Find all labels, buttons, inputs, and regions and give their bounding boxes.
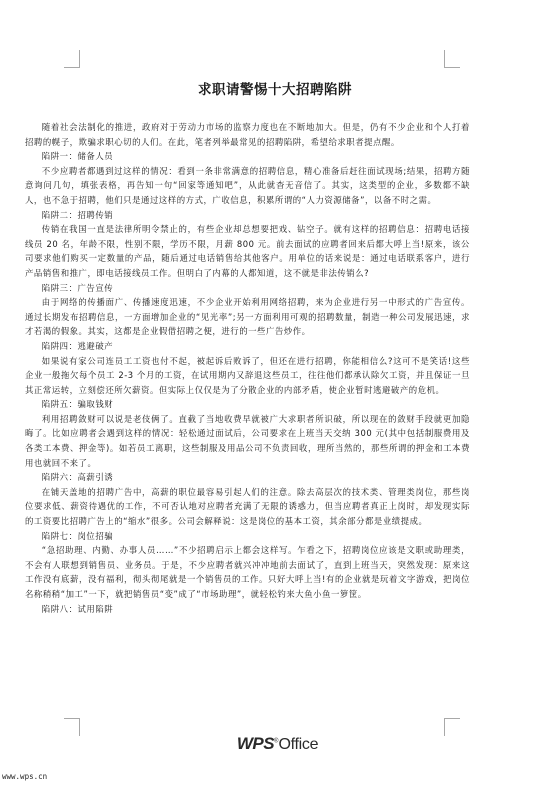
trap-7-heading: 陷阱七：岗位招骗 bbox=[25, 529, 470, 544]
trap-3-heading: 陷阱三：广告宣传 bbox=[25, 281, 470, 296]
footer-url: www.wps.cn bbox=[2, 772, 47, 781]
trap-6-paragraph: 在铺天盖地的招聘广告中，高薪的职位最容易引起人们的注意。除去高层次的技术类、管理… bbox=[25, 485, 470, 529]
document-page: 求职请警惕十大招聘陷阱 随着社会法制化的推进，政府对于劳动力市场的监察力度也在不… bbox=[80, 80, 480, 100]
document-title: 求职请警惕十大招聘陷阱 bbox=[70, 80, 480, 100]
trap-4-heading: 陷阱四：逃避破产 bbox=[25, 339, 470, 354]
logo-wps-text: WPS bbox=[237, 734, 274, 753]
page-corner-mark-top-right bbox=[444, 50, 460, 68]
trap-6-heading: 陷阱六：高薪引诱 bbox=[25, 470, 470, 485]
trap-3-paragraph: 由于网络的传播面广、传播速度迅速，不少企业开始利用网络招聘，来为企业进行另一中形… bbox=[25, 295, 470, 339]
trap-8-heading: 陷阱八：试用陷阱 bbox=[25, 602, 470, 617]
trap-7-paragraph: “急招助理、内勤、办事人员……”不少招聘启示上都会这样写。乍看之下，招聘岗位应该… bbox=[25, 543, 470, 601]
document-body: 随着社会法制化的推进，政府对于劳动力市场的监察力度也在不断地加大。但是，仍有不少… bbox=[25, 120, 470, 616]
trap-4-paragraph: 如果说有家公司连员工工资也付不起，被起诉后败诉了，但还在进行招聘，你能相信么?这… bbox=[25, 354, 470, 398]
trap-1-heading: 陷阱一：储备人员 bbox=[25, 149, 470, 164]
trap-2-paragraph: 传销在我国一直是法律所明令禁止的，有些企业却总想要把戏、钻空子。就有这样的招聘信… bbox=[25, 222, 470, 280]
trap-2-heading: 陷阱二：招聘传销 bbox=[25, 208, 470, 223]
trap-1-paragraph: 不少应聘者都遇到过这样的情况：看到一条非常满意的招聘信息，精心准备后赶往面试现场… bbox=[25, 164, 470, 208]
wps-office-logo: WPS®Office bbox=[0, 734, 555, 754]
page-corner-mark-top-left bbox=[64, 50, 80, 68]
logo-office-text: Office bbox=[278, 736, 318, 753]
trap-5-heading: 陷阱五：骗取钱财 bbox=[25, 397, 470, 412]
intro-paragraph: 随着社会法制化的推进，政府对于劳动力市场的监察力度也在不断地加大。但是，仍有不少… bbox=[25, 120, 470, 149]
trap-5-paragraph: 利用招聘敛财可以说是老伎俩了。直截了当地收费早就被广大求职者所识破，所以现在的敛… bbox=[25, 412, 470, 470]
